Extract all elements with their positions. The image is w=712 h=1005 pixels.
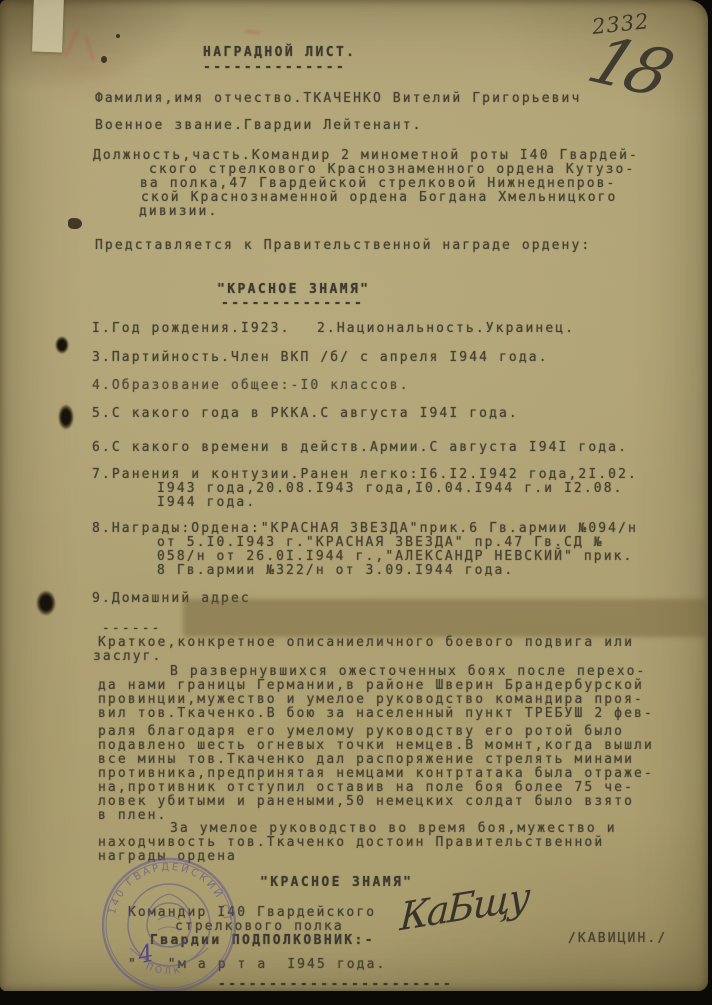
description-closing-line: находчивость тов.Ткаченко достоин Правит… (98, 836, 604, 849)
redacted-address-box (183, 599, 706, 637)
description-body-line: В развернувшихся ожесточенных боях после… (170, 665, 646, 678)
stamp-rim-text-top: 140 ГВАРДЕЙСКИЙ СТРЕЛКОВЫЙ (96, 852, 232, 923)
military-unit-stamp-icon: 140 ГВАРДЕЙСКИЙ СТРЕЛКОВЫЙ ПОЛК (96, 852, 242, 991)
description-label-line: заслуг. (93, 650, 163, 663)
description-body-line: противника,предпринятая немцами контртат… (98, 767, 654, 780)
description-body-line: раля благодаря его умелому руководству е… (98, 725, 624, 738)
field-position-line: ского стрелкового Краснознаменного орден… (149, 163, 635, 176)
document-scan: 2332 18 НАГРАДНОЙ ЛИСТ. -------------- Ф… (0, 0, 712, 1005)
description-label-line: Краткое,конкретное описаниеличного боево… (98, 636, 634, 649)
document-title: НАГРАДНОЙ ЛИСТ. (203, 46, 356, 59)
item-wounds-line: I944 года. (157, 496, 256, 509)
paper-hole (36, 590, 56, 616)
field-position-line: ва полка,47 Гвардейской стрелковой Нижне… (140, 177, 616, 190)
address-dashes: ------ (102, 622, 162, 635)
signature-handwriting: КаБщу (397, 868, 569, 976)
field-position-line: дивизии. (139, 205, 218, 218)
paper-hole (55, 336, 69, 354)
red-pencil-mark (246, 29, 260, 35)
svg-text:140 ГВАРДЕЙСКИЙ СТРЕЛКОВЫЙ: 140 ГВАРДЕЙСКИЙ СТРЕЛКОВЫЙ (96, 852, 232, 923)
description-body-line: в плен. (98, 809, 168, 822)
item-wounds-line: I943 года,20.08.I943 года,I0.04.I944 г.и… (157, 482, 624, 495)
field-presented: Представляется к Правительственной награ… (95, 239, 591, 252)
award-underline: -------------- (221, 297, 364, 310)
item-birth-year: I.Год рождения.I923. (92, 322, 291, 335)
item-party: 3.Партийность.Член ВКП /б/ с апреля I944… (92, 351, 549, 364)
paper-speck (116, 34, 120, 38)
field-position-line: Должность,часть.Командир 2 минометной ро… (93, 149, 639, 162)
signature-typed-name: /КАВИЦИН./ (568, 932, 667, 945)
description-body-line: на,противник отступил оставив на поле бо… (98, 781, 634, 794)
description-body-line: все мины тов.Ткаченко дал распоряжение с… (98, 753, 634, 766)
bottom-dashes: ----------------------- (218, 978, 453, 991)
description-closing-line: За умелое руководство во время боя,мужес… (170, 822, 617, 835)
title-underline: -------------- (203, 61, 346, 74)
description-body-line: вил тов.Ткаченко.В бою за населенный пун… (98, 707, 654, 720)
item-awards-line: 8 Гв.армии №322/н от 3.09.I944 года. (157, 564, 514, 577)
item-awards-line: 058/н от 26.0I.I944 г.,"АЛЕКСАНДР НЕВСКИ… (157, 550, 633, 563)
paper-speck (101, 56, 107, 63)
tape-strip (32, 0, 64, 53)
description-body-line: подавлено шесть огневых точки немцев.В м… (98, 739, 654, 752)
field-position-line: ской Краснознаменной ордена Богдана Хмел… (141, 191, 617, 204)
award-name-repeat: "КРАСНОЕ ЗНАМЯ" (260, 876, 413, 889)
field-name: Фамилия,имя отчество.ТКАЧЕНКО Вителий Гр… (95, 92, 581, 105)
description-body-line: провинции,мужество и умелое руководство … (98, 693, 644, 706)
item-awards-line: от 5.I0.I943 г."КРАСНАЯ ЗВЕЗДА" пр.47 Гв… (157, 536, 604, 549)
description-body-line: ловек убитыми и ранеными,50 немецких сол… (98, 795, 634, 808)
paper-hole (58, 404, 74, 430)
item-wounds-line: 7.Ранения и контузии.Ранен легко:I6.I2.I… (92, 468, 638, 481)
paper-sheet: 2332 18 НАГРАДНОЙ ЛИСТ. -------------- Ф… (0, 0, 708, 991)
ink-blot (68, 218, 82, 229)
item-nationality: 2.Национальность.Украинец. (317, 322, 575, 335)
field-rank: Военное звание.Гвардии Лейтенант. (95, 119, 423, 132)
red-pencil-mark (84, 36, 94, 60)
item-education: 4.Образование общее:-I0 классов. (92, 379, 410, 392)
description-body-line: да нами границы Германии,в районе Шверин… (98, 679, 644, 692)
item-rkka-since: 5.С какого года в РККА.С августа I94I го… (92, 407, 519, 420)
award-name: "КРАСНОЕ ЗНАМЯ" (217, 283, 370, 296)
item-army-since: 6.С какого времени в действ.Армии.С авгу… (92, 441, 628, 454)
item-awards-line: 8.Награды:Ордена:"КРАСНАЯ ЗВЕЗДА"прик.6 … (92, 522, 638, 535)
red-pencil-mark (64, 29, 79, 58)
